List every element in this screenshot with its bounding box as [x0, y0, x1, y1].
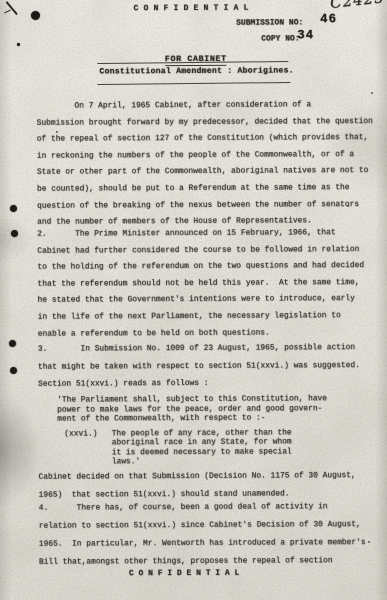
classification-footer: CONFIDENTIAL [3, 568, 387, 579]
submission-no-value: 46 [320, 12, 337, 26]
typed-line: relation to section 51(xxvi.) since Cabi… [39, 516, 366, 536]
typed-line: Submission brought forward by my predece… [37, 114, 373, 132]
ink-speck [347, 205, 349, 207]
typed-line: he stated that the Government's intentio… [38, 291, 365, 309]
document-page: CONFIDENTIAL C2425 SUBMISSION NO: 46 COP… [0, 0, 387, 600]
typed-line: State or other part of the Commonwealth,… [37, 163, 373, 181]
typed-line: Cabinet had further considered the cours… [37, 242, 364, 260]
typed-content: CONFIDENTIAL C2425 SUBMISSION NO: 46 COP… [0, 0, 387, 600]
quote-block-1: 'The Parliament shall, subject to this C… [57, 394, 327, 425]
typed-line: Cabinet decided on that Submission (Deci… [38, 467, 355, 486]
typed-line: in the life of the next Parliament, the … [38, 308, 365, 326]
copy-no-label: COPY NO: [261, 34, 299, 43]
ink-speck [371, 92, 373, 94]
document-title: Constitutional Amendment : Aborigines. [99, 66, 293, 76]
typed-line: laws.' [64, 457, 291, 468]
paragraph-2: 2. The Prime Minister announced on 15 Fe… [37, 225, 364, 343]
paragraph-1: On 7 April, 1965 Cabinet, after consider… [37, 97, 374, 232]
typed-line: to the holding of the referendum on the … [37, 258, 364, 276]
typed-line: that might be taken with respect to sect… [38, 357, 360, 376]
hole-punch-mark [31, 11, 40, 20]
typed-line: 3. In Submission No. 1009 of 23 August, … [38, 339, 360, 358]
title-rule-bottom [97, 82, 290, 85]
typed-line: 4. There has, of course, been a good dea… [39, 498, 366, 518]
ink-speck [368, 541, 370, 543]
typed-line: question of the breaking of the nexus be… [37, 197, 373, 215]
typed-line: Section 51(xxvi.) reads as follows : [38, 374, 360, 393]
hole-punch-mark [10, 367, 17, 374]
ink-dot-mark [17, 43, 20, 46]
hole-punch-mark [11, 230, 18, 237]
quote-block-2: (xxvi.) The people of any race, other th… [64, 428, 291, 467]
for-cabinet-heading: FOR CABINET [0, 47, 387, 67]
typed-line: it is deemed necessary to make special [64, 447, 291, 458]
paragraph-3: 3. In Submission No. 1009 of 23 August, … [38, 339, 360, 393]
typed-line: On 7 April, 1965 Cabinet, after consider… [37, 97, 373, 115]
copy-no-value: 34 [297, 28, 314, 42]
typed-line: of the repeal of section 127 of the Cons… [37, 130, 373, 148]
typed-line: be counted), should be put to a Referend… [37, 180, 373, 198]
typed-line: that the referendum should not be held t… [37, 275, 364, 293]
submission-no-label: SUBMISSION NO: [236, 18, 303, 27]
hole-punch-mark [9, 340, 16, 347]
typed-line: 2. The Prime Minister announced on 15 Fe… [37, 225, 364, 243]
typed-line: 1965. In particular, Mr. Wentworth has i… [39, 534, 366, 554]
for-cabinet-text: FOR CABINET [165, 54, 227, 66]
typed-line: in reckoning the numbers of the people o… [37, 147, 373, 165]
hole-punch-mark [10, 205, 17, 212]
paragraph-4: 4. There has, of course, been a good dea… [39, 498, 366, 572]
footer-text: CONFIDENTIAL [129, 569, 244, 579]
typed-line: ment of the Commonwealth, with respect t… [57, 414, 327, 425]
ink-speck [56, 131, 58, 133]
